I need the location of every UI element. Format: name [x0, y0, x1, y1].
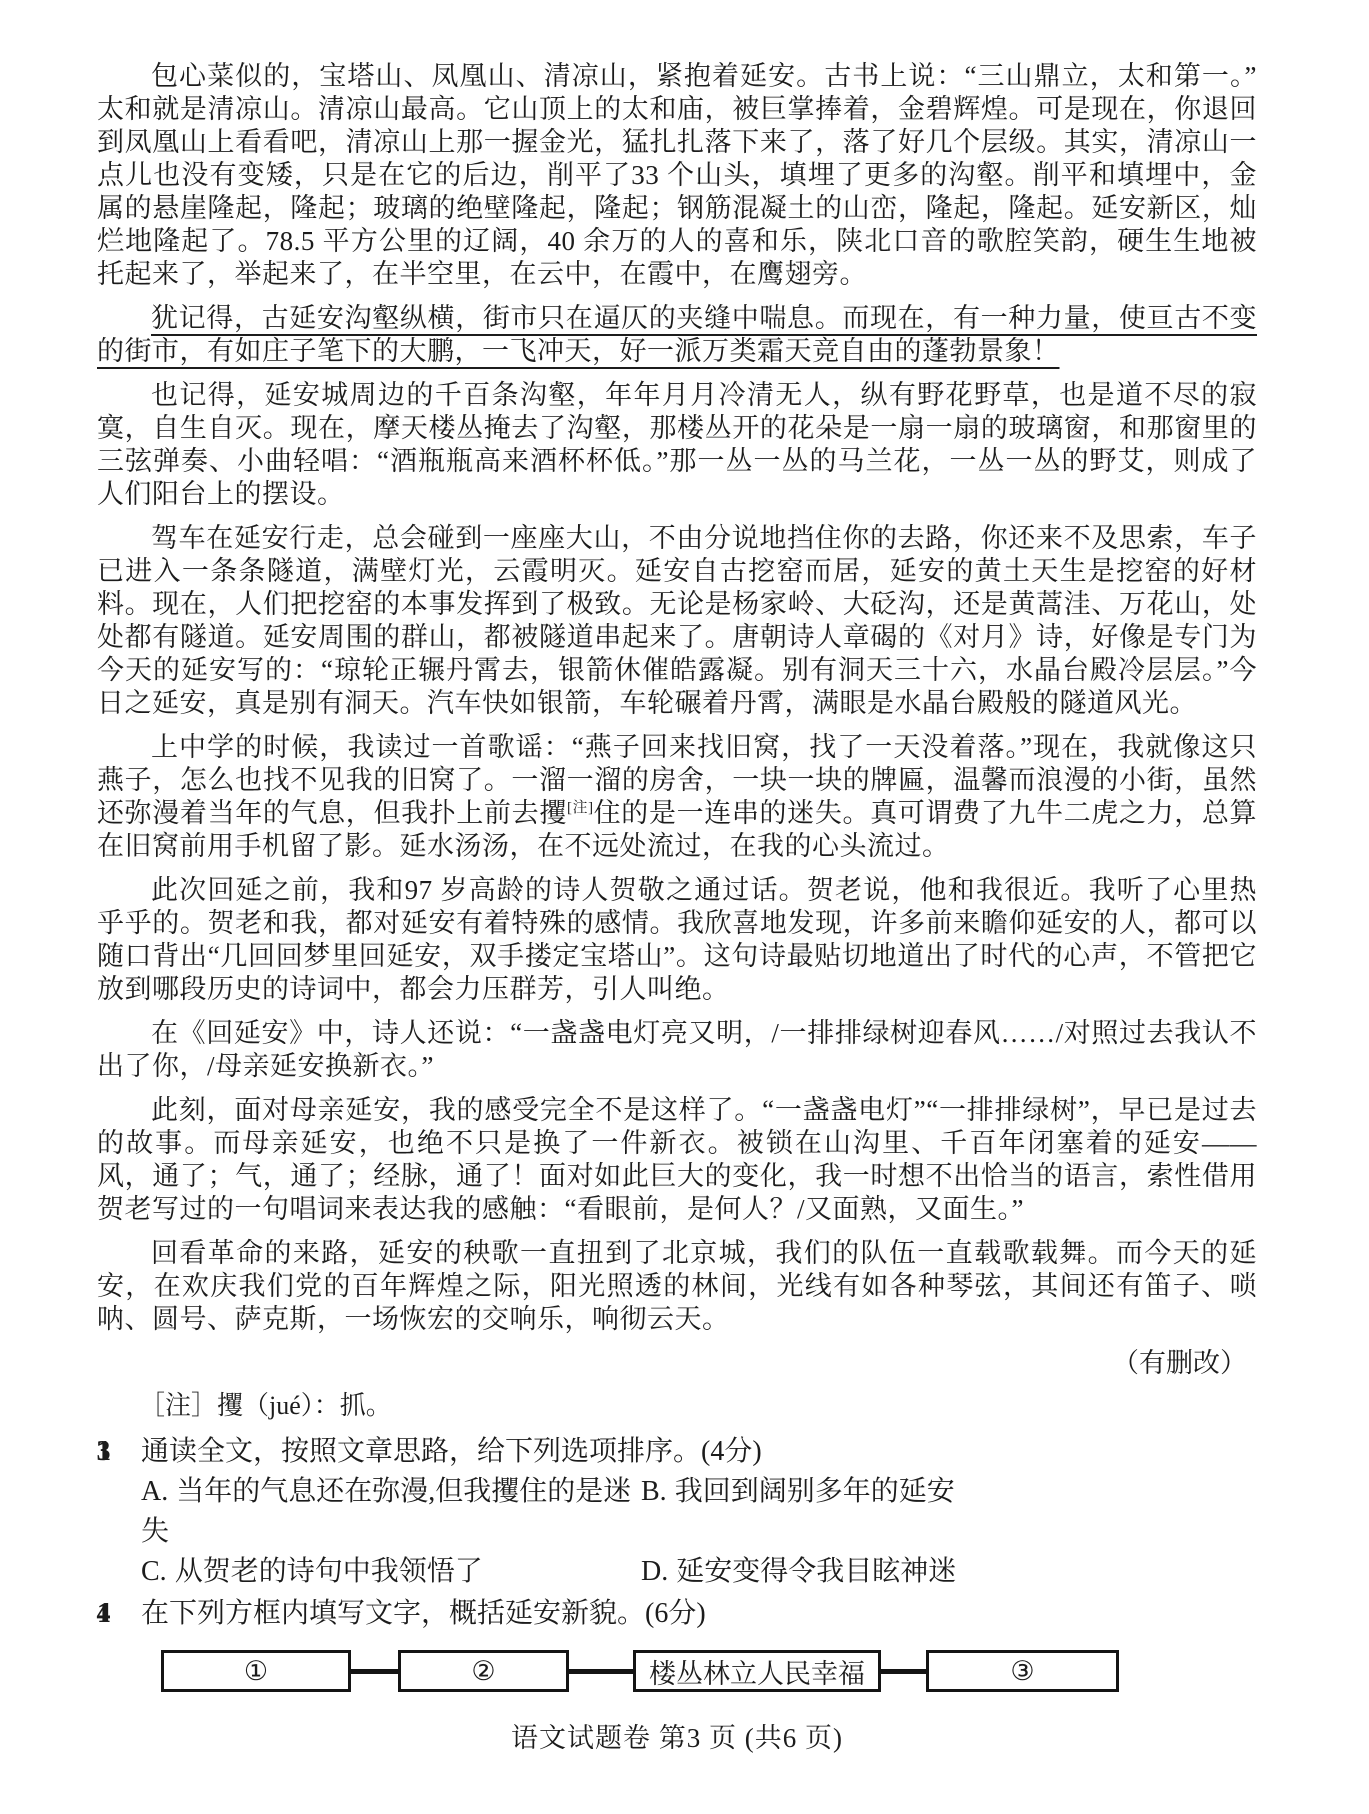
- option-c-text: 从贺老的诗句中我领悟了: [175, 1556, 483, 1587]
- underlined-paragraph: 犹记得，古延安沟壑纵横，街市只在逼仄的夹缝中喘息。而现在，有一种力量，使亘古不变…: [97, 302, 1257, 368]
- footnote: ［注］攫（jué）：抓。: [139, 1390, 1257, 1422]
- flow-box-1: ①: [161, 1650, 351, 1692]
- option-a-text: 当年的气息还在弥漫,但我攫住的是迷失: [141, 1476, 631, 1547]
- exam-page: 包心菜似的，宝塔山、凤凰山、清凉山，紧抱着延安。古书上说：“三山鼎立，太和第一。…: [0, 0, 1369, 1814]
- paragraph: 包心菜似的，宝塔山、凤凰山、清凉山，紧抱着延安。古书上说：“三山鼎立，太和第一。…: [97, 60, 1257, 291]
- option-c: C.从贺老的诗句中我领悟了: [141, 1552, 641, 1592]
- flow-box-3: 楼丛林立人民幸福: [633, 1650, 881, 1692]
- paragraph: 驾车在延安行走，总会碰到一座座大山，不由分说地挡住你的去路，你还来不及思索，车子…: [97, 522, 1257, 720]
- option-b: B.我回到阔别多年的延安: [641, 1472, 1257, 1552]
- option-d-text: 延安变得令我目眩神迷: [676, 1556, 956, 1587]
- flow-box-2: ②: [398, 1650, 569, 1692]
- paragraph: 此次回延之前，我和97 岁高龄的诗人贺敬之通过话。贺老说，他和我很近。我听了心里…: [97, 874, 1257, 1006]
- question-14-number: 14: [97, 1594, 141, 1634]
- reading-passage: 包心菜似的，宝塔山、凤凰山、清凉山，紧抱着延安。古书上说：“三山鼎立，太和第一。…: [97, 60, 1257, 1422]
- flow-connector: [881, 1669, 926, 1674]
- question-13: 13 通读全文，按照文章思路，给下列选项排序。(4分): [97, 1432, 1257, 1472]
- option-a-label: A.: [141, 1476, 168, 1507]
- page-footer: 语文试题卷 第3 页 (共6 页): [97, 1716, 1257, 1755]
- paragraph: 在《回延安》中，诗人还说：“一盏盏电灯亮又明，/一排排绿树迎春风……/对照过去我…: [97, 1017, 1257, 1083]
- option-b-label: B.: [641, 1476, 667, 1507]
- flow-connector: [569, 1669, 633, 1674]
- option-d: D.延安变得令我目眩神迷: [641, 1552, 1257, 1592]
- flow-connector: [351, 1669, 398, 1674]
- question-13-number: 13: [97, 1432, 141, 1472]
- paragraph: 回看革命的来路，延安的秧歌一直扭到了北京城，我们的队伍一直载歌载舞。而今天的延 …: [97, 1237, 1257, 1336]
- flow-box-4: ③: [926, 1650, 1119, 1692]
- paragraph: 此刻，面对母亲延安，我的感受完全不是这样了。“一盏盏电灯”“一排排绿树”，早已是…: [97, 1094, 1257, 1226]
- question-14-stem: 在下列方框内填写文字，概括延安新貌。(6分): [141, 1594, 1257, 1634]
- paragraph: 上中学的时候，我读过一首歌谣：“燕子回来找旧窝，找了一天没着落。”现在，我就像这…: [97, 731, 1257, 863]
- question-13-stem: 通读全文，按照文章思路，给下列选项排序。(4分): [141, 1432, 1257, 1472]
- option-d-label: D.: [641, 1556, 668, 1587]
- option-b-text: 我回到阔别多年的延安: [675, 1476, 955, 1507]
- option-a: A.当年的气息还在弥漫,但我攫住的是迷失: [141, 1472, 641, 1552]
- question-13-options: A.当年的气息还在弥漫,但我攫住的是迷失 B.我回到阔别多年的延安 C.从贺老的…: [141, 1472, 1257, 1592]
- option-c-label: C.: [141, 1556, 167, 1587]
- paragraph: 也记得，延安城周边的千百条沟壑，年年月月冷清无人，纵有野花野草，也是道不尽的寂寞…: [97, 379, 1257, 511]
- attribution: （有删改）: [97, 1347, 1257, 1380]
- question-14: 14 在下列方框内填写文字，概括延安新貌。(6分): [97, 1594, 1257, 1634]
- footnote-marker: [注]: [567, 800, 594, 816]
- summary-flowchart: ① ② 楼丛林立人民幸福 ③: [161, 1648, 1257, 1694]
